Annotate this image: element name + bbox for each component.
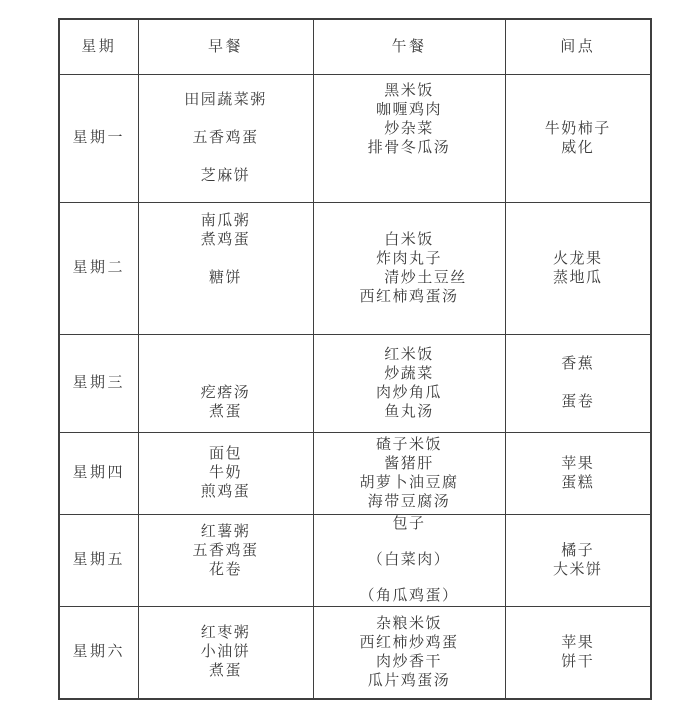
day-cell: 星期四 xyxy=(59,433,138,515)
lunch-cell-inner: 包子（白菜肉）（角瓜鸡蛋） xyxy=(314,515,505,606)
menu-line: （角瓜鸡蛋） xyxy=(359,587,458,606)
menu-line: 威化 xyxy=(561,139,594,158)
snack-cell: 橘子大米饼 xyxy=(505,515,651,607)
menu-line: 橘子 xyxy=(561,542,594,561)
menu-line: 蛋糕 xyxy=(561,474,594,493)
table-row: 星期五红薯粥五香鸡蛋花卷包子（白菜肉）（角瓜鸡蛋）橘子大米饼 xyxy=(59,515,651,607)
col-header-snack-label: 间点 xyxy=(560,38,595,57)
lunch-cell: 白米饭炸肉丸子 清炒土豆丝西红柿鸡蛋汤 xyxy=(313,203,505,335)
col-header-snack-inner: 间点 xyxy=(506,20,651,74)
menu-table-body: 星期一田园蔬菜粥五香鸡蛋芝麻饼黑米饭咖喱鸡肉炒杂菜排骨冬瓜汤牛奶柿子威化星期二南… xyxy=(59,75,651,700)
day-cell-inner: 星期一 xyxy=(60,75,138,202)
menu-line: 酱猪肝 xyxy=(384,455,434,474)
menu-line: 煎鸡蛋 xyxy=(201,483,251,502)
snack-cell-inner: 香蕉蛋卷 xyxy=(506,335,651,432)
breakfast-cell-inner: 疙瘩汤煮蛋 xyxy=(139,335,313,432)
col-header-lunch-inner: 午餐 xyxy=(314,20,505,74)
menu-line: 煮蛋 xyxy=(209,403,242,422)
menu-line: 肉炒香干 xyxy=(376,653,442,672)
snack-cell-inner: 火龙果蒸地瓜 xyxy=(506,203,651,334)
lunch-cell: 红米饭炒蔬菜肉炒角瓜鱼丸汤 xyxy=(313,335,505,433)
menu-line: 田园蔬菜粥 xyxy=(184,91,267,110)
day-cell: 星期六 xyxy=(59,607,138,700)
header-row: 星期 早餐 午餐 间点 xyxy=(59,19,651,75)
menu-line: 炒杂菜 xyxy=(384,120,434,139)
snack-cell: 苹果饼干 xyxy=(505,607,651,700)
day-cell-inner: 星期四 xyxy=(60,433,138,514)
lunch-cell-inner: 杂粮米饭西红柿炒鸡蛋肉炒香干瓜片鸡蛋汤 xyxy=(314,607,505,698)
menu-table: 星期 早餐 午餐 间点 xyxy=(58,18,652,700)
snack-cell: 牛奶柿子威化 xyxy=(505,75,651,203)
menu-line: 西红柿鸡蛋汤 xyxy=(359,288,458,307)
menu-line: 火龙果 xyxy=(553,250,603,269)
col-header-breakfast-label: 早餐 xyxy=(208,38,243,57)
menu-line: 海带豆腐汤 xyxy=(368,493,451,512)
breakfast-cell: 红枣粥小油饼煮蛋 xyxy=(138,607,313,700)
day-cell-inner: 星期五 xyxy=(60,515,138,606)
menu-line: 胡萝卜油豆腐 xyxy=(359,474,458,493)
menu-line: 小油饼 xyxy=(201,643,251,662)
col-header-day-label: 星期 xyxy=(81,38,116,57)
menu-line: 饼干 xyxy=(561,653,594,672)
menu-line: 肉炒角瓜 xyxy=(376,384,442,403)
snack-cell: 火龙果蒸地瓜 xyxy=(505,203,651,335)
lunch-cell: 包子（白菜肉）（角瓜鸡蛋） xyxy=(313,515,505,607)
menu-line: 黑米饭 xyxy=(384,82,434,101)
table-row: 星期二南瓜粥煮鸡蛋糖饼白米饭炸肉丸子 清炒土豆丝西红柿鸡蛋汤火龙果蒸地瓜 xyxy=(59,203,651,335)
menu-line: 南瓜粥 xyxy=(201,212,251,231)
menu-line: 芝麻饼 xyxy=(201,167,251,186)
menu-line: 糖饼 xyxy=(209,269,242,288)
snack-cell: 苹果蛋糕 xyxy=(505,433,651,515)
day-cell: 星期二 xyxy=(59,203,138,335)
menu-line: 杂粮米饭 xyxy=(376,615,442,634)
day-label: 星期五 xyxy=(72,551,125,570)
day-label: 星期四 xyxy=(72,464,125,483)
snack-cell: 香蕉蛋卷 xyxy=(505,335,651,433)
day-cell-inner: 星期二 xyxy=(60,203,138,334)
menu-line: 蒸地瓜 xyxy=(553,269,603,288)
col-header-snack: 间点 xyxy=(505,19,651,75)
menu-line: 排骨冬瓜汤 xyxy=(368,139,451,158)
menu-line: 香蕉 xyxy=(561,355,594,374)
col-header-lunch-label: 午餐 xyxy=(391,38,426,57)
lunch-cell-inner: 红米饭炒蔬菜肉炒角瓜鱼丸汤 xyxy=(314,335,505,432)
menu-line: 蛋卷 xyxy=(561,393,594,412)
menu-line: 炒蔬菜 xyxy=(384,365,434,384)
col-header-day-inner: 星期 xyxy=(60,20,138,74)
table-row: 星期四面包牛奶煎鸡蛋碴子米饭酱猪肝胡萝卜油豆腐海带豆腐汤苹果蛋糕 xyxy=(59,433,651,515)
col-header-lunch: 午餐 xyxy=(313,19,505,75)
menu-line: 红枣粥 xyxy=(201,624,251,643)
snack-cell-inner: 橘子大米饼 xyxy=(506,515,651,606)
breakfast-cell-inner: 南瓜粥煮鸡蛋糖饼 xyxy=(139,203,313,334)
day-cell: 星期三 xyxy=(59,335,138,433)
breakfast-cell: 南瓜粥煮鸡蛋糖饼 xyxy=(138,203,313,335)
menu-line: 五香鸡蛋 xyxy=(192,542,258,561)
menu-line: 大米饼 xyxy=(553,561,603,580)
menu-line: 咖喱鸡肉 xyxy=(376,101,442,120)
breakfast-cell-inner: 田园蔬菜粥五香鸡蛋芝麻饼 xyxy=(139,75,313,202)
table-row: 星期三疙瘩汤煮蛋红米饭炒蔬菜肉炒角瓜鱼丸汤香蕉蛋卷 xyxy=(59,335,651,433)
breakfast-cell-inner: 红薯粥五香鸡蛋花卷 xyxy=(139,515,313,606)
menu-line: 苹果 xyxy=(561,455,594,474)
menu-line: 碴子米饭 xyxy=(376,436,442,455)
day-cell: 星期一 xyxy=(59,75,138,203)
lunch-cell-inner: 白米饭炸肉丸子 清炒土豆丝西红柿鸡蛋汤 xyxy=(314,203,505,334)
page: 星期 早餐 午餐 间点 xyxy=(0,0,700,703)
lunch-cell: 杂粮米饭西红柿炒鸡蛋肉炒香干瓜片鸡蛋汤 xyxy=(313,607,505,700)
breakfast-cell-inner: 面包牛奶煎鸡蛋 xyxy=(139,433,313,514)
menu-line: 面包 xyxy=(209,445,242,464)
menu-line: 煮鸡蛋 xyxy=(201,231,251,250)
lunch-cell-inner: 黑米饭咖喱鸡肉炒杂菜排骨冬瓜汤 xyxy=(314,75,505,202)
day-label: 星期三 xyxy=(72,374,125,393)
table-row: 星期一田园蔬菜粥五香鸡蛋芝麻饼黑米饭咖喱鸡肉炒杂菜排骨冬瓜汤牛奶柿子威化 xyxy=(59,75,651,203)
menu-line: 煮蛋 xyxy=(209,662,242,681)
day-cell: 星期五 xyxy=(59,515,138,607)
breakfast-cell: 疙瘩汤煮蛋 xyxy=(138,335,313,433)
menu-line: 红薯粥 xyxy=(201,523,251,542)
day-cell-inner: 星期六 xyxy=(60,607,138,698)
menu-line: 炸肉丸子 xyxy=(376,250,442,269)
menu-line: 瓜片鸡蛋汤 xyxy=(368,672,451,691)
menu-line: 花卷 xyxy=(209,561,242,580)
menu-line: 西红柿炒鸡蛋 xyxy=(359,634,458,653)
menu-line: 白米饭 xyxy=(384,231,434,250)
breakfast-cell-inner: 红枣粥小油饼煮蛋 xyxy=(139,607,313,698)
lunch-cell: 黑米饭咖喱鸡肉炒杂菜排骨冬瓜汤 xyxy=(313,75,505,203)
menu-line: 疙瘩汤 xyxy=(201,384,251,403)
menu-line: （白菜肉） xyxy=(368,551,451,570)
menu-line: 清炒土豆丝 xyxy=(351,269,467,288)
col-header-day: 星期 xyxy=(59,19,138,75)
table-row: 星期六红枣粥小油饼煮蛋杂粮米饭西红柿炒鸡蛋肉炒香干瓜片鸡蛋汤苹果饼干 xyxy=(59,607,651,700)
menu-line: 五香鸡蛋 xyxy=(192,129,258,148)
menu-line: 牛奶柿子 xyxy=(545,120,611,139)
day-cell-inner: 星期三 xyxy=(60,335,138,432)
menu-line: 鱼丸汤 xyxy=(384,403,434,422)
snack-cell-inner: 苹果饼干 xyxy=(506,607,651,698)
lunch-cell-inner: 碴子米饭酱猪肝胡萝卜油豆腐海带豆腐汤 xyxy=(314,433,505,514)
snack-cell-inner: 苹果蛋糕 xyxy=(506,433,651,514)
day-label: 星期六 xyxy=(72,643,125,662)
menu-line: 牛奶 xyxy=(209,464,242,483)
col-header-breakfast: 早餐 xyxy=(138,19,313,75)
breakfast-cell: 红薯粥五香鸡蛋花卷 xyxy=(138,515,313,607)
lunch-cell: 碴子米饭酱猪肝胡萝卜油豆腐海带豆腐汤 xyxy=(313,433,505,515)
breakfast-cell: 面包牛奶煎鸡蛋 xyxy=(138,433,313,515)
menu-line: 红米饭 xyxy=(384,346,434,365)
day-label: 星期一 xyxy=(72,129,125,148)
breakfast-cell: 田园蔬菜粥五香鸡蛋芝麻饼 xyxy=(138,75,313,203)
menu-line: 苹果 xyxy=(561,634,594,653)
snack-cell-inner: 牛奶柿子威化 xyxy=(506,75,651,202)
day-label: 星期二 xyxy=(72,259,125,278)
menu-line: 包子 xyxy=(392,515,425,534)
col-header-breakfast-inner: 早餐 xyxy=(139,20,313,74)
